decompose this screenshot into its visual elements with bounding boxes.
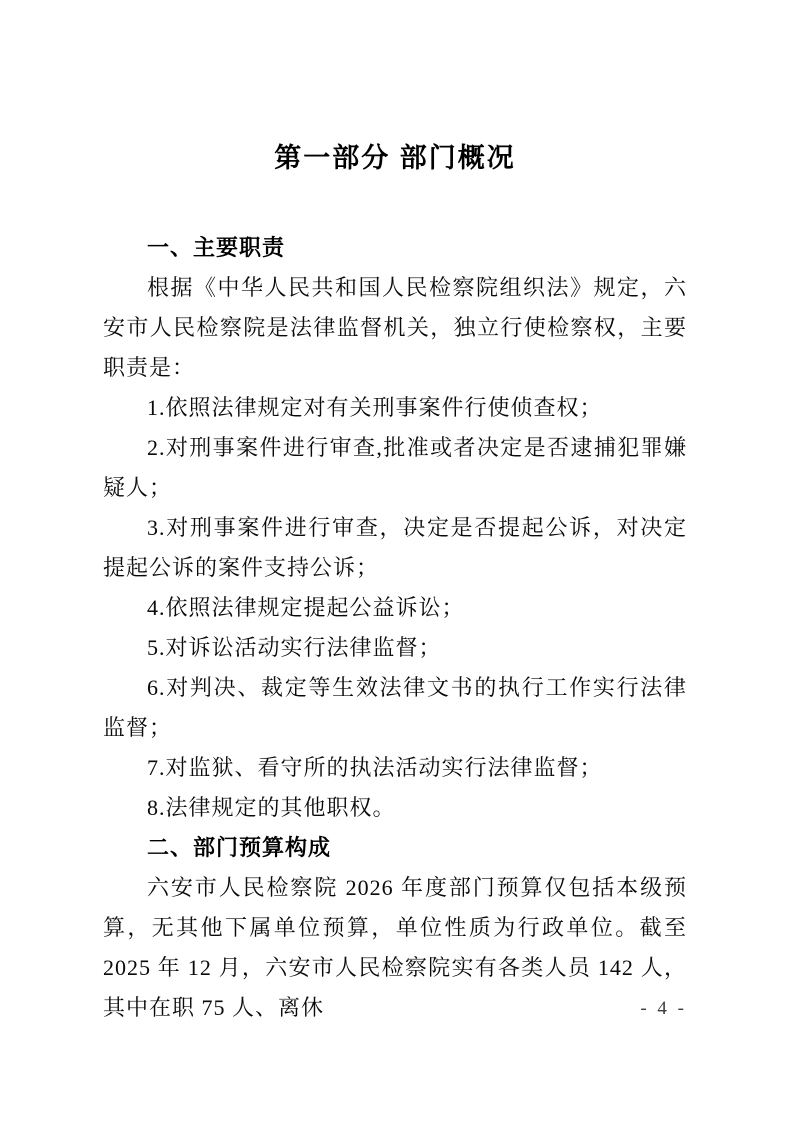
duty-item-3: 3.对刑事案件进行审查，决定是否提起公诉，对决定提起公诉的案件支持公诉； bbox=[103, 508, 687, 588]
duty-item-1: 1.依照法律规定对有关刑事案件行使侦查权； bbox=[103, 388, 687, 428]
duty-item-4: 4.依照法律规定提起公益诉讼； bbox=[103, 588, 687, 628]
page-number: - 4 - bbox=[640, 998, 687, 1020]
duty-item-6: 6.对判决、裁定等生效法律文书的执行工作实行法律监督； bbox=[103, 668, 687, 748]
duty-item-5: 5.对诉讼活动实行法律监督； bbox=[103, 628, 687, 668]
duty-item-2: 2.对刑事案件进行审查,批准或者决定是否逮捕犯罪嫌疑人； bbox=[103, 428, 687, 508]
document-title: 第一部分 部门概况 bbox=[103, 140, 687, 176]
duty-item-7: 7.对监狱、看守所的执法活动实行法律监督； bbox=[103, 748, 687, 788]
paragraph-budget-composition: 六安市人民检察院 2026 年度部门预算仅包括本级预算，无其他下属单位预算，单位… bbox=[103, 868, 687, 1028]
section-heading-main-duties: 一、主要职责 bbox=[103, 228, 687, 268]
paragraph-intro: 根据《中华人民共和国人民检察院组织法》规定，六安市人民检察院是法律监督机关，独立… bbox=[103, 268, 687, 388]
document-page: 第一部分 部门概况 一、主要职责 根据《中华人民共和国人民检察院组织法》规定，六… bbox=[0, 0, 793, 1122]
duty-item-8: 8.法律规定的其他职权。 bbox=[103, 788, 687, 828]
section-heading-budget-composition: 二、部门预算构成 bbox=[103, 828, 687, 868]
